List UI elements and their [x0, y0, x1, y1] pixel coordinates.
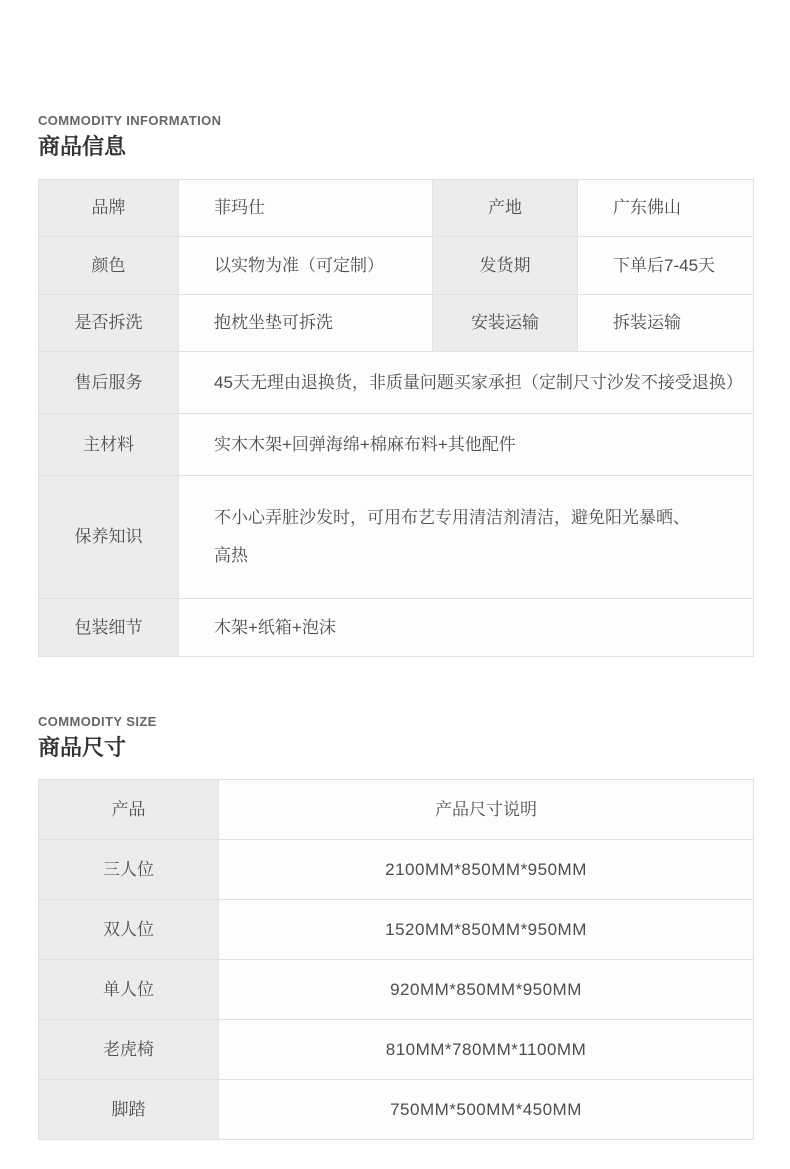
info-value-cell: 菲玛仕 [179, 180, 433, 237]
size-table: 产品 产品尺寸说明 三人位 2100MM*850MM*950MM 双人位 152… [38, 779, 754, 1140]
info-section-title: 商品信息 [38, 133, 753, 161]
info-section-eyebrow: COMMODITY INFORMATION [38, 113, 753, 129]
size-value-cell: 750MM*500MM*450MM [219, 1080, 754, 1140]
size-row-three-seater: 三人位 2100MM*850MM*950MM [39, 840, 754, 900]
size-label-cell: 单人位 [39, 960, 219, 1020]
info-label-cell: 品牌 [39, 180, 179, 237]
size-row-footstool: 脚踏 750MM*500MM*450MM [39, 1080, 754, 1140]
info-label-cell: 颜色 [39, 237, 179, 295]
info-value-cell: 广东佛山 [578, 180, 754, 237]
info-label-cell: 是否拆洗 [39, 295, 179, 352]
info-table: 品牌 菲玛仕 产地 广东佛山 颜色 以实物为准（可定制） 发货期 下单后7-45… [38, 179, 754, 657]
info-label-cell: 主材料 [39, 414, 179, 476]
info-label-cell: 售后服务 [39, 352, 179, 414]
info-row-washable-install: 是否拆洗 抱枕坐垫可拆洗 安装运输 拆装运输 [39, 295, 754, 352]
size-section-title: 商品尺寸 [38, 734, 753, 762]
info-row-care-tips: 保养知识 不小心弄脏沙发时，可用布艺专用清洁剂清洁，避免阳光暴晒、 高热 [39, 476, 754, 599]
size-section-header: COMMODITY SIZE 商品尺寸 [38, 657, 753, 762]
info-value-cell: 以实物为准（可定制） [179, 237, 433, 295]
info-label-cell: 产地 [433, 180, 578, 237]
size-value-cell: 2100MM*850MM*950MM [219, 840, 754, 900]
product-detail-page: COMMODITY INFORMATION 商品信息 品牌 菲玛仕 产地 广东佛… [0, 0, 790, 1140]
info-section-header: COMMODITY INFORMATION 商品信息 [38, 0, 753, 161]
info-row-materials: 主材料 实木木架+回弹海绵+棉麻布料+其他配件 [39, 414, 754, 476]
info-row-packaging: 包装细节 木架+纸箱+泡沫 [39, 599, 754, 657]
info-label-cell: 安装运输 [433, 295, 578, 352]
size-label-cell: 三人位 [39, 840, 219, 900]
size-value-cell: 920MM*850MM*950MM [219, 960, 754, 1020]
info-value-cell: 不小心弄脏沙发时，可用布艺专用清洁剂清洁，避免阳光暴晒、 高热 [179, 476, 754, 599]
size-row-two-seater: 双人位 1520MM*850MM*950MM [39, 900, 754, 960]
info-value-cell: 下单后7-45天 [578, 237, 754, 295]
size-label-cell: 双人位 [39, 900, 219, 960]
info-value-cell: 实木木架+回弹海绵+棉麻布料+其他配件 [179, 414, 754, 476]
info-row-brand-origin: 品牌 菲玛仕 产地 广东佛山 [39, 180, 754, 237]
size-value-cell: 810MM*780MM*1100MM [219, 1020, 754, 1080]
info-row-color-shipping: 颜色 以实物为准（可定制） 发货期 下单后7-45天 [39, 237, 754, 295]
info-row-after-sales: 售后服务 45天无理由退换货，非质量问题买家承担（定制尺寸沙发不接受退换） [39, 352, 754, 414]
size-row-tiger-chair: 老虎椅 810MM*780MM*1100MM [39, 1020, 754, 1080]
size-value-cell: 1520MM*850MM*950MM [219, 900, 754, 960]
info-label-cell: 保养知识 [39, 476, 179, 599]
size-table-header-row: 产品 产品尺寸说明 [39, 780, 754, 840]
info-value-cell: 45天无理由退换货，非质量问题买家承担（定制尺寸沙发不接受退换） [179, 352, 754, 414]
size-label-cell: 老虎椅 [39, 1020, 219, 1080]
info-label-cell: 发货期 [433, 237, 578, 295]
size-header-description: 产品尺寸说明 [219, 780, 754, 840]
size-row-single-seater: 单人位 920MM*850MM*950MM [39, 960, 754, 1020]
info-value-cell: 木架+纸箱+泡沫 [179, 599, 754, 657]
size-label-cell: 脚踏 [39, 1080, 219, 1140]
info-value-cell: 抱枕坐垫可拆洗 [179, 295, 433, 352]
size-header-product: 产品 [39, 780, 219, 840]
info-value-cell: 拆装运输 [578, 295, 754, 352]
size-section-eyebrow: COMMODITY SIZE [38, 714, 753, 730]
info-label-cell: 包装细节 [39, 599, 179, 657]
